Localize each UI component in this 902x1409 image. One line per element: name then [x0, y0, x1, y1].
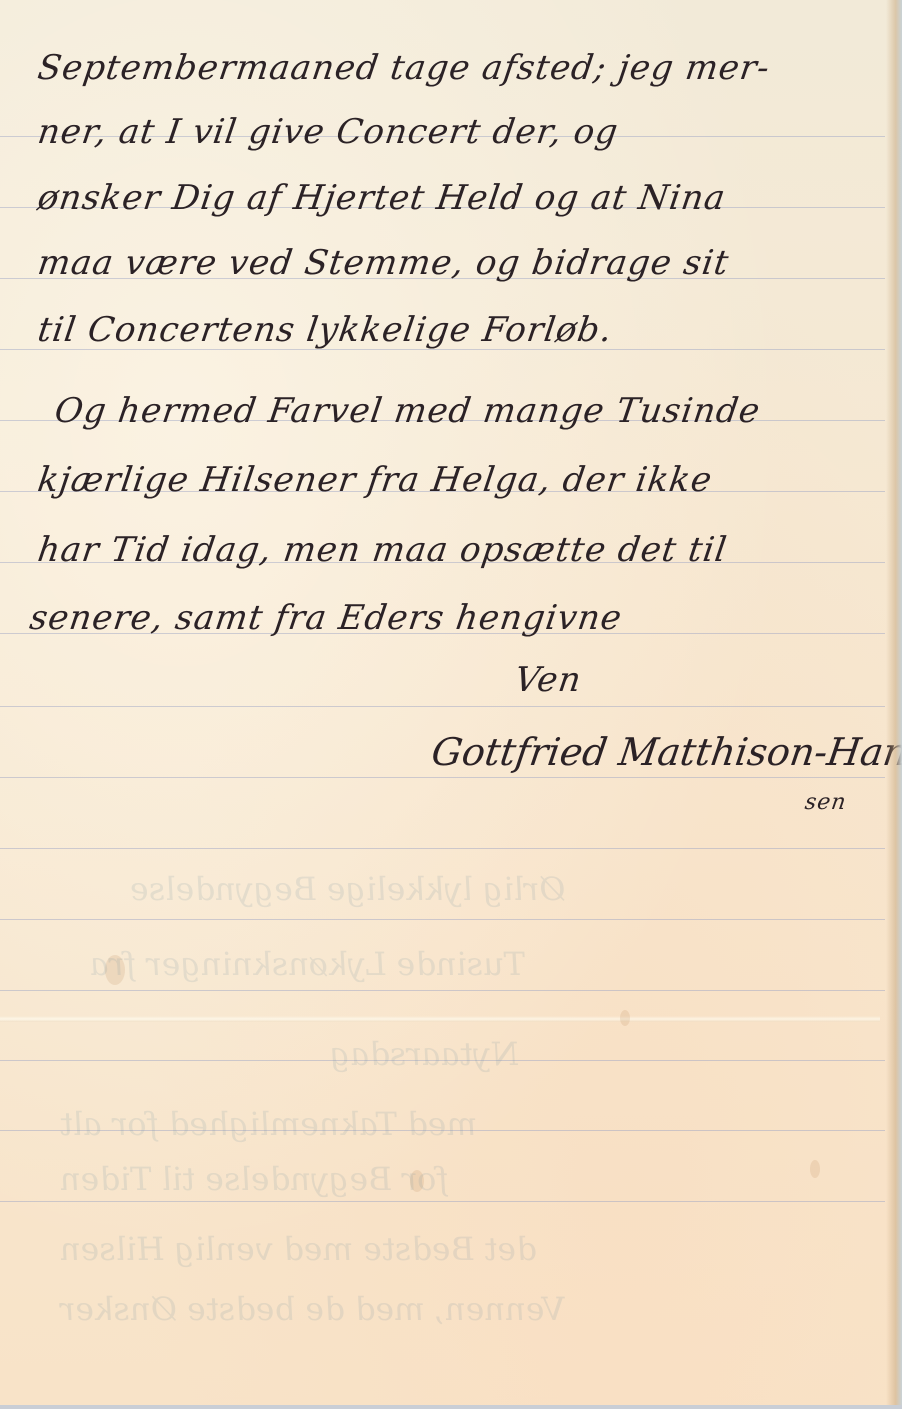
ruled-line [0, 1201, 885, 1202]
letter-line: Septembermaaned tage afsted; jeg mer- [35, 48, 772, 88]
paper-edge [886, 0, 902, 1409]
bleed-through-text: Ørlig lykkelige Begyndelse [127, 870, 568, 908]
letter-line: ner, at I vil give Concert der, og [35, 112, 621, 152]
ruled-line [0, 706, 885, 707]
scan-border [0, 1405, 902, 1409]
bleed-through-text: for Begyndelse til Tiden [57, 1160, 451, 1198]
letter-line: kjærlige Hilsener fra Helga, der ikke [35, 460, 715, 500]
letter-signature: Gottfried Matthison-Han- [429, 730, 902, 774]
bleed-through-text: Nytaarsdag [327, 1035, 521, 1073]
bleed-through-text: Vennen, med de bedste Ønsker [57, 1290, 567, 1328]
ruled-line [0, 848, 885, 849]
letter-line: Og hermed Farvel med mange Tusinde [52, 391, 763, 431]
letter-line: til Concertens lykkelige Forløb. [35, 310, 615, 350]
letter-page: Ørlig lykkelige Begyndelse Tusinde Lykøn… [0, 0, 902, 1409]
letter-closing: Ven [512, 660, 584, 700]
letter-line: har Tid idag, men maa opsætte det til [35, 530, 730, 570]
letter-signature-continuation: sen [803, 790, 848, 815]
paper-stain [620, 1010, 630, 1026]
ruled-line [0, 990, 885, 991]
ruled-line [0, 777, 885, 778]
paper-stain [810, 1160, 820, 1178]
bleed-through-text: det Bedste med venlig Hilsen [57, 1230, 539, 1268]
bleed-through-text: med Taknemlighed for alt [57, 1105, 479, 1143]
bleed-through-text: Tusinde Lykønskninger fra [87, 945, 528, 983]
paper-fold [0, 1016, 880, 1022]
ruled-line [0, 919, 885, 920]
letter-line: ønsker Dig af Hjertet Held og at Nina [35, 178, 728, 218]
letter-line: maa være ved Stemme, og bidrage sit [35, 243, 731, 283]
letter-line: senere, samt fra Eders hengivne [27, 598, 625, 638]
